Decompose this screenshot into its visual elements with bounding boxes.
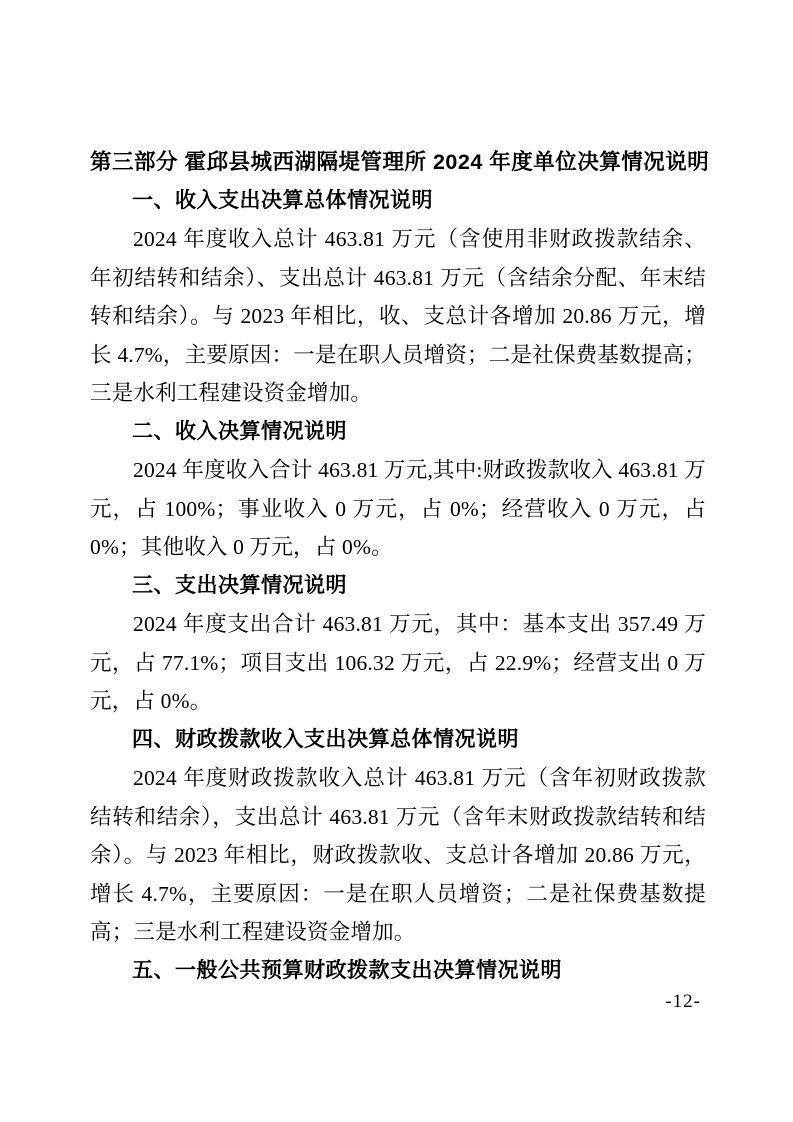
- section-general-public-budget: 五、一般公共预算财政拨款支出决算情况说明: [90, 952, 706, 991]
- section-heading-5: 五、一般公共预算财政拨款支出决算情况说明: [90, 952, 706, 991]
- page-number: -12-: [665, 991, 701, 1013]
- section-income-accounts: 二、收入决算情况说明 2024 年度收入合计 463.81 万元,其中:财政拨款…: [90, 413, 706, 567]
- section-heading-4: 四、财政拨款收入支出决算总体情况说明: [90, 721, 706, 760]
- section-expenditure-accounts: 三、支出决算情况说明 2024 年度支出合计 463.81 万元，其中：基本支出…: [90, 567, 706, 721]
- section-2-paragraph: 2024 年度收入合计 463.81 万元,其中:财政拨款收入 463.81 万…: [90, 451, 706, 567]
- section-1-paragraph: 2024 年度收入总计 463.81 万元（含使用非财政拨款结余、年初结转和结余…: [90, 220, 706, 413]
- section-income-expenditure-overview: 一、收入支出决算总体情况说明 2024 年度收入总计 463.81 万元（含使用…: [90, 182, 706, 413]
- page-title: 第三部分 霍邱县城西湖隔堤管理所 2024 年度单位决算情况说明: [90, 143, 706, 182]
- section-3-paragraph: 2024 年度支出合计 463.81 万元，其中：基本支出 357.49 万元，…: [90, 605, 706, 721]
- document-content: 第三部分 霍邱县城西湖隔堤管理所 2024 年度单位决算情况说明 一、收入支出决…: [90, 143, 706, 990]
- document-page: 第三部分 霍邱县城西湖隔堤管理所 2024 年度单位决算情况说明 一、收入支出决…: [0, 0, 793, 1122]
- section-4-paragraph: 2024 年度财政拨款收入总计 463.81 万元（含年初财政拨款结转和结余），…: [90, 759, 706, 952]
- section-heading-1: 一、收入支出决算总体情况说明: [90, 182, 706, 221]
- section-heading-3: 三、支出决算情况说明: [90, 567, 706, 606]
- section-heading-2: 二、收入决算情况说明: [90, 413, 706, 452]
- section-fiscal-appropriation-overview: 四、财政拨款收入支出决算总体情况说明 2024 年度财政拨款收入总计 463.8…: [90, 721, 706, 952]
